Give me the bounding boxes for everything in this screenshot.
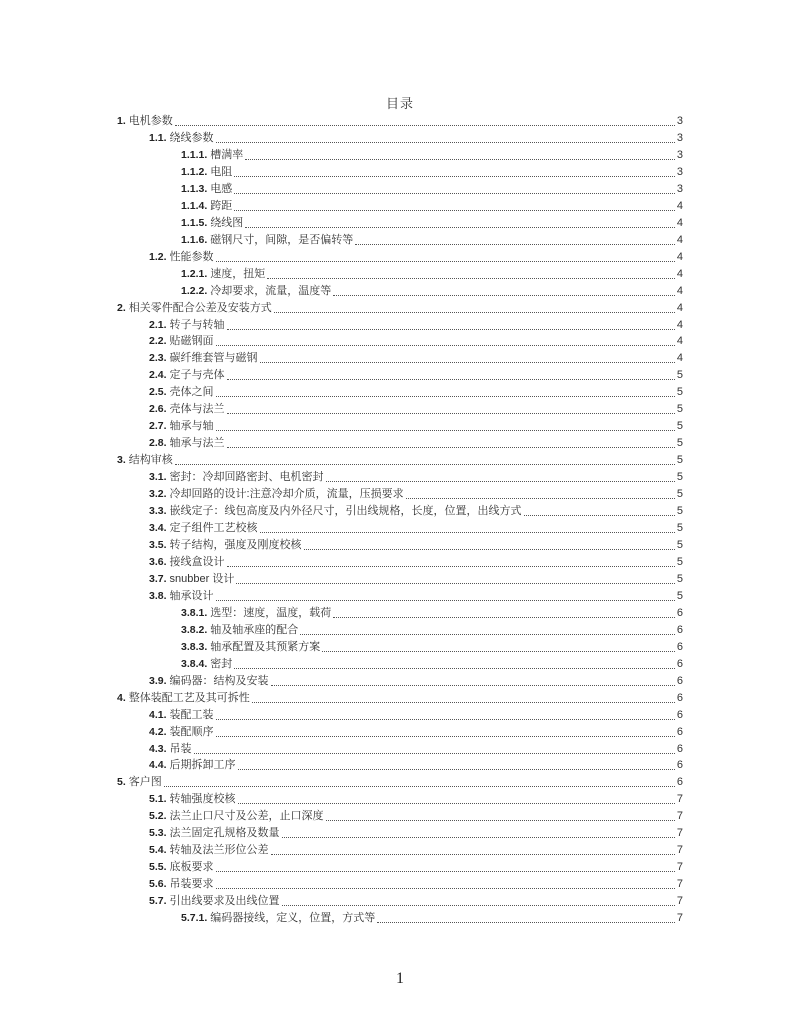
toc-entry[interactable]: 1.1.5.绕线图4 [0, 215, 800, 232]
toc-entry-page: 5 [677, 469, 683, 486]
toc-entry-page: 3 [677, 181, 683, 198]
toc-entry-title: 磁钢尺寸，间隙，是否偏转等 [210, 232, 353, 249]
toc-entry-number: 5.5. [149, 859, 167, 876]
toc-entry[interactable]: 4.4.后期拆卸工序6 [0, 757, 800, 774]
toc-entry-title: 选型：速度，温度，载荷 [210, 605, 331, 622]
toc-entry-title: 壳体之间 [170, 384, 214, 401]
toc-entry[interactable]: 1.1.绕线参数3 [0, 130, 800, 147]
dot-leader [260, 362, 675, 363]
toc-entry[interactable]: 2.1.转子与转轴4 [0, 317, 800, 334]
toc-entry-content: 1.1.绕线参数3 [149, 130, 683, 147]
toc-entry-number: 3.7. [149, 571, 167, 588]
dot-leader [234, 176, 675, 177]
toc-entry-title: 电机参数 [129, 113, 173, 130]
toc-entry-title: 轴承与轴 [170, 418, 214, 435]
toc-entry-content: 5.7.1.编码器接线，定义，位置，方式等7 [181, 910, 683, 927]
dot-leader [216, 871, 675, 872]
toc-entry-title: 轴承与法兰 [170, 435, 225, 452]
toc-entry-number: 5.1. [149, 791, 167, 808]
page-number: 1 [0, 970, 800, 988]
toc-entry-page: 5 [677, 503, 683, 520]
toc-entry-content: 1.1.4.跨距4 [181, 198, 683, 215]
toc-entry[interactable]: 4.3.吊装6 [0, 741, 800, 758]
toc-entry[interactable]: 1.1.3.电感3 [0, 181, 800, 198]
toc-entry[interactable]: 3.1.密封：冷却回路密封、电机密封5 [0, 469, 800, 486]
toc-entry-title: 跨距 [210, 198, 232, 215]
toc-entry-page: 6 [677, 707, 683, 724]
toc-entry-page: 6 [677, 639, 683, 656]
toc-entry-number: 3.6. [149, 554, 167, 571]
toc-entry-title: 法兰止口尺寸及公差，止口深度 [170, 808, 324, 825]
toc-entry-page: 6 [677, 757, 683, 774]
toc-entry-title: 装配顺序 [170, 724, 214, 741]
toc-entry-page: 5 [677, 384, 683, 401]
toc-entry[interactable]: 4.整体装配工艺及其可拆性6 [0, 690, 800, 707]
toc-entry-page: 6 [677, 656, 683, 673]
toc-entry-number: 1.1.1. [181, 147, 207, 164]
toc-entry-page: 7 [677, 859, 683, 876]
toc-entry[interactable]: 2.4.定子与壳体5 [0, 367, 800, 384]
toc-entry[interactable]: 3.2.冷却回路的设计:注意冷却介质，流量，压损要求5 [0, 486, 800, 503]
toc-entry-page: 6 [677, 690, 683, 707]
toc-entry-number: 2.3. [149, 350, 167, 367]
dot-leader [260, 532, 675, 533]
toc-entry-content: 1.1.3.电感3 [181, 181, 683, 198]
toc-title: 目录 [0, 93, 800, 112]
toc-entry-content: 4.2.装配顺序6 [149, 724, 683, 741]
toc-entry-title: 吊装要求 [170, 876, 214, 893]
toc-entry[interactable]: 3.8.轴承设计5 [0, 588, 800, 605]
toc-entry[interactable]: 1.1.4.跨距4 [0, 198, 800, 215]
toc-entry[interactable]: 3.8.3.轴承配置及其预紧方案6 [0, 639, 800, 656]
dot-leader [216, 430, 675, 431]
dot-leader [377, 922, 675, 923]
dot-leader [164, 786, 675, 787]
toc-entry-title: 编码器：结构及安装 [170, 673, 269, 690]
toc-entry-content: 2.相关零件配合公差及安装方式4 [117, 300, 683, 317]
dot-leader [227, 329, 675, 330]
toc-entry[interactable]: 4.2.装配顺序6 [0, 724, 800, 741]
toc-entry-page: 4 [677, 300, 683, 317]
toc-entry-title: 轴承设计 [170, 588, 214, 605]
toc-entry-title: 结构审核 [129, 452, 173, 469]
dot-leader [234, 210, 675, 211]
toc-entry[interactable]: 5.7.1.编码器接线，定义，位置，方式等7 [0, 910, 800, 927]
toc-entry-number: 5.6. [149, 876, 167, 893]
toc-entry[interactable]: 2.6.壳体与法兰5 [0, 401, 800, 418]
toc-entry-title: 整体装配工艺及其可拆性 [129, 690, 250, 707]
toc-entry-number: 3.1. [149, 469, 167, 486]
toc-entry-content: 2.1.转子与转轴4 [149, 317, 683, 334]
toc-entry-number: 2.6. [149, 401, 167, 418]
toc-entry-page: 7 [677, 876, 683, 893]
toc-entry[interactable]: 3.8.4.密封6 [0, 656, 800, 673]
dot-leader [271, 685, 675, 686]
toc-entry-number: 5.2. [149, 808, 167, 825]
toc-entry-number: 2.2. [149, 333, 167, 350]
toc-entry-title: 碳纤维套管与磁钢 [170, 350, 258, 367]
toc-entry-content: 1.电机参数3 [117, 113, 683, 130]
toc-entry-title: 密封 [210, 656, 232, 673]
toc-entry-number: 5.3. [149, 825, 167, 842]
toc-entry-title: 转子与转轴 [170, 317, 225, 334]
toc-entry[interactable]: 4.1.装配工装6 [0, 707, 800, 724]
dot-leader [216, 142, 675, 143]
toc-entry-number: 3.2. [149, 486, 167, 503]
toc-entry-title: 绕线图 [210, 215, 243, 232]
toc-entry-number: 2.4. [149, 367, 167, 384]
toc-entry-number: 2. [117, 300, 126, 317]
dot-leader [282, 837, 675, 838]
toc-entry-title: 编码器接线，定义，位置，方式等 [210, 910, 375, 927]
toc-entry-page: 7 [677, 910, 683, 927]
toc-entry-page: 4 [677, 350, 683, 367]
toc-entry-title: 相关零件配合公差及安装方式 [129, 300, 272, 317]
toc-entry-page: 5 [677, 435, 683, 452]
toc-entry-page: 5 [677, 486, 683, 503]
dot-leader [406, 498, 675, 499]
toc-entry-content: 2.3.碳纤维套管与磁钢4 [149, 350, 683, 367]
toc-entry[interactable]: 5.3.法兰固定孔规格及数量7 [0, 825, 800, 842]
toc-entry-number: 3.9. [149, 673, 167, 690]
toc-entry-page: 5 [677, 571, 683, 588]
toc-entry-page: 4 [677, 198, 683, 215]
toc-entry-page: 6 [677, 774, 683, 791]
toc-entry-title: 冷却要求，流量，温度等 [210, 283, 331, 300]
toc-entry-number: 3.3. [149, 503, 167, 520]
toc-entry-title: 槽满率 [210, 147, 243, 164]
toc-entry-number: 1.1.6. [181, 232, 207, 249]
toc-entry[interactable]: 3.结构审核5 [0, 452, 800, 469]
toc-entry-content: 3.2.冷却回路的设计:注意冷却介质，流量，压损要求5 [149, 486, 683, 503]
toc-entry-page: 7 [677, 825, 683, 842]
dot-leader [524, 515, 675, 516]
toc-entry-page: 7 [677, 791, 683, 808]
toc-entry-number: 1.2. [149, 249, 167, 266]
dot-leader [274, 312, 675, 313]
toc-entry-content: 3.5.转子结构，强度及刚度校核5 [149, 537, 683, 554]
toc-entry-content: 2.5.壳体之间5 [149, 384, 683, 401]
dot-leader [252, 702, 675, 703]
toc-entry-number: 3.8.3. [181, 639, 207, 656]
toc-entry-number: 2.8. [149, 435, 167, 452]
toc-entry-content: 1.2.2.冷却要求，流量，温度等4 [181, 283, 683, 300]
toc-entry-content: 4.4.后期拆卸工序6 [149, 757, 683, 774]
dot-leader [234, 668, 675, 669]
toc-entry[interactable]: 3.4.定子组件工艺校核5 [0, 520, 800, 537]
toc-entry[interactable]: 1.2.1.速度，扭矩4 [0, 266, 800, 283]
toc-entry[interactable]: 1.1.6.磁钢尺寸，间隙，是否偏转等4 [0, 232, 800, 249]
toc-entry-content: 1.1.2.电阻3 [181, 164, 683, 181]
toc-entry-content: 3.8.1.选型：速度，温度，载荷6 [181, 605, 683, 622]
dot-leader [271, 854, 675, 855]
toc-entry-content: 5.5.底板要求7 [149, 859, 683, 876]
toc-entry-number: 2.1. [149, 317, 167, 334]
toc-entry-number: 1.2.2. [181, 283, 207, 300]
dot-leader [216, 888, 675, 889]
toc-entry-content: 1.1.6.磁钢尺寸，间隙，是否偏转等4 [181, 232, 683, 249]
toc-entry-content: 3.1.密封：冷却回路密封、电机密封5 [149, 469, 683, 486]
dot-leader [194, 753, 675, 754]
toc-entry[interactable]: 1.2.性能参数4 [0, 249, 800, 266]
toc-entry-content: 5.6.吊装要求7 [149, 876, 683, 893]
toc-entry-number: 2.5. [149, 384, 167, 401]
toc-entry-content: 3.6.接线盒设计5 [149, 554, 683, 571]
toc-entry-title: 接线盒设计 [170, 554, 225, 571]
toc-entry-page: 5 [677, 537, 683, 554]
dot-leader [282, 905, 675, 906]
toc-entry-page: 4 [677, 249, 683, 266]
toc-entry-title: 轴承配置及其预紧方案 [210, 639, 320, 656]
toc-entry-page: 7 [677, 842, 683, 859]
toc-entry-content: 3.8.2.轴及轴承座的配合6 [181, 622, 683, 639]
toc-entry-number: 3.5. [149, 537, 167, 554]
toc-entry-title: 电阻 [210, 164, 232, 181]
toc-entry[interactable]: 2.3.碳纤维套管与磁钢4 [0, 350, 800, 367]
toc-entry-title: 轴及轴承座的配合 [210, 622, 298, 639]
toc-entry[interactable]: 3.5.转子结构，强度及刚度校核5 [0, 537, 800, 554]
toc-entry-number: 4.3. [149, 741, 167, 758]
toc-entry-number: 1.1.3. [181, 181, 207, 198]
toc-entry-number: 4.4. [149, 757, 167, 774]
toc-entry-content: 4.整体装配工艺及其可拆性6 [117, 690, 683, 707]
toc-entry-title: 嵌线定子：线包高度及内外径尺寸，引出线规格，长度，位置，出线方式 [170, 503, 522, 520]
toc-entry-content: 5.3.法兰固定孔规格及数量7 [149, 825, 683, 842]
dot-leader [245, 159, 675, 160]
toc-entry-content: 3.8.轴承设计5 [149, 588, 683, 605]
toc-entry[interactable]: 1.1.1.槽满率3 [0, 147, 800, 164]
toc-entry-page: 6 [677, 724, 683, 741]
toc-entry-title: 性能参数 [170, 249, 214, 266]
dot-leader [216, 345, 675, 346]
toc-entry-page: 3 [677, 164, 683, 181]
dot-leader [333, 295, 675, 296]
toc-entry-content: 2.4.定子与壳体5 [149, 367, 683, 384]
toc-entry-content: 5.7.引出线要求及出线位置7 [149, 893, 683, 910]
toc-entry-content: 5.2.法兰止口尺寸及公差，止口深度7 [149, 808, 683, 825]
toc-entry-title: 绕线参数 [170, 130, 214, 147]
toc-entry-title: 法兰固定孔规格及数量 [170, 825, 280, 842]
toc-entry-page: 3 [677, 130, 683, 147]
toc-entry-page: 5 [677, 367, 683, 384]
toc-entry-page: 3 [677, 113, 683, 130]
toc-entry-content: 3.9.编码器：结构及安装6 [149, 673, 683, 690]
toc-entry-page: 3 [677, 147, 683, 164]
toc-entry-content: 1.2.1.速度，扭矩4 [181, 266, 683, 283]
toc-entry-content: 4.1.装配工装6 [149, 707, 683, 724]
dot-leader [322, 651, 675, 652]
toc-entry-title: 贴磁钢面 [170, 333, 214, 350]
toc-entry-page: 4 [677, 232, 683, 249]
dot-leader [238, 769, 675, 770]
dot-leader [216, 719, 675, 720]
dot-leader [326, 481, 675, 482]
toc-entry[interactable]: 5.5.底板要求7 [0, 859, 800, 876]
toc-entry-content: 3.8.4.密封6 [181, 656, 683, 673]
toc-entry-number: 3.8.4. [181, 656, 207, 673]
toc-entry-title: 吊装 [170, 741, 192, 758]
toc-entry-title: 电感 [210, 181, 232, 198]
document-page: 目录 1.电机参数31.1.绕线参数31.1.1.槽满率31.1.2.电阻31.… [0, 0, 800, 1035]
dot-leader [227, 447, 675, 448]
dot-leader [326, 820, 675, 821]
toc-entry-title: 速度，扭矩 [210, 266, 265, 283]
toc-entry-number: 3. [117, 452, 126, 469]
toc-entry[interactable]: 5.1.转轴强度校核7 [0, 791, 800, 808]
dot-leader [238, 803, 675, 804]
dot-leader [227, 379, 675, 380]
toc-entry-number: 2.7. [149, 418, 167, 435]
toc-entry-page: 4 [677, 266, 683, 283]
toc-entry-page: 6 [677, 673, 683, 690]
toc-entry-number: 4.1. [149, 707, 167, 724]
dot-leader [216, 600, 675, 601]
toc-entry[interactable]: 2.相关零件配合公差及安装方式4 [0, 300, 800, 317]
toc-entry-title: snubber 设计 [170, 571, 235, 588]
toc-entry-title: 转轴及法兰形位公差 [170, 842, 269, 859]
toc-entry-page: 4 [677, 283, 683, 300]
toc-entry-content: 4.3.吊装6 [149, 741, 683, 758]
dot-leader [300, 634, 675, 635]
toc-entry-page: 6 [677, 622, 683, 639]
toc-entry-title: 转轴强度校核 [170, 791, 236, 808]
toc-entry-number: 1.2.1. [181, 266, 207, 283]
toc-entry[interactable]: 5.客户图6 [0, 774, 800, 791]
toc-entry-title: 定子组件工艺校核 [170, 520, 258, 537]
toc-entry-page: 4 [677, 215, 683, 232]
toc-entry-content: 3.3.嵌线定子：线包高度及内外径尺寸，引出线规格，长度，位置，出线方式5 [149, 503, 683, 520]
toc-entry-number: 5.4. [149, 842, 167, 859]
toc-entry-title: 密封：冷却回路密封、电机密封 [170, 469, 324, 486]
toc-entry-page: 5 [677, 452, 683, 469]
toc-entry-page: 5 [677, 554, 683, 571]
toc-entry-number: 5.7.1. [181, 910, 207, 927]
toc-entry-page: 7 [677, 893, 683, 910]
toc-entry-page: 5 [677, 588, 683, 605]
toc-entry-number: 1.1.4. [181, 198, 207, 215]
toc-entry-title: 后期拆卸工序 [170, 757, 236, 774]
toc-entry-number: 4. [117, 690, 126, 707]
toc-entry-title: 定子与壳体 [170, 367, 225, 384]
toc-entry[interactable]: 3.3.嵌线定子：线包高度及内外径尺寸，引出线规格，长度，位置，出线方式5 [0, 503, 800, 520]
toc-entry-content: 1.2.性能参数4 [149, 249, 683, 266]
toc-entry-content: 2.8.轴承与法兰5 [149, 435, 683, 452]
toc-entry-number: 3.8.1. [181, 605, 207, 622]
toc-entry-content: 5.4.转轴及法兰形位公差7 [149, 842, 683, 859]
toc-entry-content: 2.7.轴承与轴5 [149, 418, 683, 435]
dot-leader [227, 566, 675, 567]
toc-entry-title: 装配工装 [170, 707, 214, 724]
toc-entry-number: 1.1. [149, 130, 167, 147]
toc-entry-number: 1. [117, 113, 126, 130]
dot-leader [245, 227, 675, 228]
toc-entry-title: 引出线要求及出线位置 [170, 893, 280, 910]
toc-entry-number: 1.1.2. [181, 164, 207, 181]
toc-entry[interactable]: 1.2.2.冷却要求，流量，温度等4 [0, 283, 800, 300]
toc-entry[interactable]: 2.7.轴承与轴5 [0, 418, 800, 435]
toc-entry-page: 7 [677, 808, 683, 825]
dot-leader [304, 549, 675, 550]
toc-entry[interactable]: 5.4.转轴及法兰形位公差7 [0, 842, 800, 859]
toc-entry-title: 底板要求 [170, 859, 214, 876]
toc-entry-content: 5.客户图6 [117, 774, 683, 791]
dot-leader [175, 125, 675, 126]
toc-entry-page: 4 [677, 333, 683, 350]
toc-entry[interactable]: 5.2.法兰止口尺寸及公差，止口深度7 [0, 808, 800, 825]
dot-leader [333, 617, 675, 618]
dot-leader [355, 244, 675, 245]
toc-entry-content: 3.8.3.轴承配置及其预紧方案6 [181, 639, 683, 656]
toc-entry-content: 1.1.5.绕线图4 [181, 215, 683, 232]
toc-entry[interactable]: 3.9.编码器：结构及安装6 [0, 673, 800, 690]
toc-entry-title: 客户图 [129, 774, 162, 791]
dot-leader [216, 261, 675, 262]
toc-entry[interactable]: 5.6.吊装要求7 [0, 876, 800, 893]
toc-entry-content: 3.4.定子组件工艺校核5 [149, 520, 683, 537]
toc-entry[interactable]: 1.电机参数3 [0, 113, 800, 130]
toc-entry[interactable]: 2.8.轴承与法兰5 [0, 435, 800, 452]
toc-entry[interactable]: 5.7.引出线要求及出线位置7 [0, 893, 800, 910]
dot-leader [216, 396, 675, 397]
toc-entry[interactable]: 3.8.1.选型：速度，温度，载荷6 [0, 605, 800, 622]
dot-leader [227, 413, 675, 414]
toc-entry-number: 1.1.5. [181, 215, 207, 232]
toc-entry-title: 转子结构，强度及刚度校核 [170, 537, 302, 554]
dot-leader [216, 736, 675, 737]
toc-entry-content: 5.1.转轴强度校核7 [149, 791, 683, 808]
toc-entry-page: 5 [677, 520, 683, 537]
toc-entry-number: 3.4. [149, 520, 167, 537]
toc-entry[interactable]: 2.5.壳体之间5 [0, 384, 800, 401]
dot-leader [234, 193, 675, 194]
toc-entry-content: 2.6.壳体与法兰5 [149, 401, 683, 418]
toc-entry-content: 1.1.1.槽满率3 [181, 147, 683, 164]
toc-entry-number: 5.7. [149, 893, 167, 910]
toc-entry-content: 2.2.贴磁钢面4 [149, 333, 683, 350]
toc-entry-number: 3.8. [149, 588, 167, 605]
toc-entry-number: 4.2. [149, 724, 167, 741]
toc-entry-page: 6 [677, 741, 683, 758]
toc-entry-content: 3.7.snubber 设计5 [149, 571, 683, 588]
toc-entry-page: 6 [677, 605, 683, 622]
toc-entry-number: 5. [117, 774, 126, 791]
toc-entry[interactable]: 3.6.接线盒设计5 [0, 554, 800, 571]
dot-leader [236, 583, 675, 584]
toc-entry[interactable]: 3.8.2.轴及轴承座的配合6 [0, 622, 800, 639]
toc-entry-title: 冷却回路的设计:注意冷却介质，流量，压损要求 [170, 486, 404, 503]
toc-entry-page: 5 [677, 401, 683, 418]
toc-entry-number: 3.8.2. [181, 622, 207, 639]
dot-leader [267, 278, 675, 279]
toc-entry[interactable]: 2.2.贴磁钢面4 [0, 333, 800, 350]
toc-entry-content: 3.结构审核5 [117, 452, 683, 469]
dot-leader [175, 464, 675, 465]
toc-entry-page: 5 [677, 418, 683, 435]
toc-entry-page: 4 [677, 317, 683, 334]
toc-entry[interactable]: 1.1.2.电阻3 [0, 164, 800, 181]
toc-entry[interactable]: 3.7.snubber 设计5 [0, 571, 800, 588]
toc-entry-title: 壳体与法兰 [170, 401, 225, 418]
